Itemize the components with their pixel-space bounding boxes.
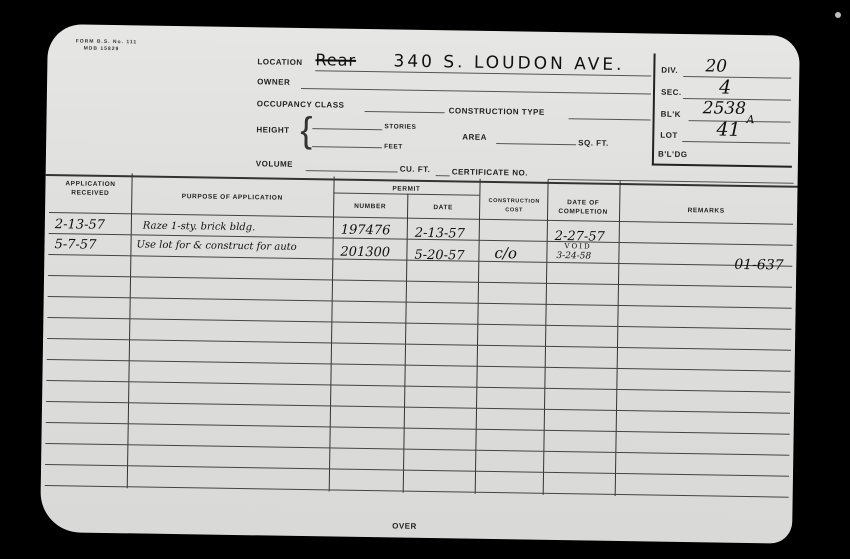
cell-construction-cost: c/o bbox=[494, 244, 517, 262]
occupancy-class-line[interactable] bbox=[365, 111, 445, 113]
location-label: LOCATION bbox=[257, 57, 302, 67]
col-divider-2 bbox=[329, 177, 335, 492]
row-rule bbox=[45, 485, 789, 498]
cell-purpose: Raze 1-sty. brick bldg. bbox=[143, 221, 256, 234]
feet-line[interactable] bbox=[312, 146, 382, 148]
bldg-label: B'L'DG bbox=[658, 150, 688, 159]
area-label: AREA bbox=[462, 133, 487, 142]
cell-completion-void-note: VOID bbox=[565, 242, 592, 250]
height-label: HEIGHT bbox=[256, 125, 289, 135]
table-row: 2-13-57 Raze 1-sty. brick bldg. 197476 2… bbox=[48, 24, 800, 36]
over-label: OVER bbox=[392, 521, 417, 530]
lot-label: LOT bbox=[660, 131, 678, 140]
header-purpose: PURPOSE OF APPLICATION bbox=[131, 191, 333, 203]
stories-line[interactable] bbox=[312, 128, 382, 130]
lot-superscript: A bbox=[746, 113, 754, 126]
table-row: 5-7-57 Use lot for & construct for auto … bbox=[48, 24, 800, 36]
header-remarks: REMARKS bbox=[619, 205, 793, 217]
row-rule bbox=[46, 380, 790, 393]
header-application-received: APPLICATION RECEIVED bbox=[49, 179, 131, 198]
volume-label: VOLUME bbox=[256, 159, 293, 169]
header-construction-cost: CONSTRUCTION COST bbox=[481, 197, 547, 216]
row-rule bbox=[46, 422, 790, 435]
row-rule bbox=[45, 443, 789, 456]
row-rule bbox=[47, 317, 791, 330]
sec-label: SEC. bbox=[661, 88, 682, 97]
row-rule bbox=[47, 359, 791, 372]
cell-permit-number: 201300 bbox=[340, 245, 390, 261]
header-permit-date: DATE bbox=[407, 203, 479, 213]
area-unit-label: SQ. FT. bbox=[578, 138, 609, 147]
col-divider-5 bbox=[543, 180, 549, 495]
row-rule bbox=[45, 464, 789, 477]
cell-permit-number: 197476 bbox=[341, 223, 391, 239]
cell-remarks: 01-637 bbox=[734, 257, 784, 274]
location-struck-value: Rear bbox=[315, 50, 356, 70]
cell-application-received: 2-13-57 bbox=[55, 217, 105, 233]
sec-value: 4 bbox=[719, 77, 731, 99]
location-value: 340 S. LOUDON AVE. bbox=[393, 51, 624, 75]
col-divider-1 bbox=[127, 173, 133, 488]
header-date-of-completion: DATE OF COMPLETION bbox=[547, 198, 619, 217]
height-brace: { bbox=[300, 112, 313, 148]
construction-type-label: CONSTRUCTION TYPE bbox=[449, 106, 545, 117]
div-value: 20 bbox=[705, 56, 727, 76]
construction-type-line[interactable] bbox=[569, 118, 651, 120]
volume-line[interactable] bbox=[306, 170, 398, 172]
permit-record-card: FORM B.S. No. 111 MDB 15829 LOCATION Rea… bbox=[40, 24, 800, 544]
blk-label: BL'K bbox=[661, 110, 681, 119]
volume-unit-label: CU. FT. bbox=[400, 165, 431, 174]
stories-label: STORIES bbox=[384, 123, 416, 131]
form-number: FORM B.S. No. 111 MDB 15829 bbox=[76, 38, 138, 53]
owner-label: OWNER bbox=[257, 77, 290, 87]
cert-spacer-line bbox=[436, 175, 450, 176]
cell-purpose: Use lot for & construct for auto bbox=[136, 239, 296, 253]
col-divider-6 bbox=[615, 181, 621, 496]
cell-application-received: 5-7-57 bbox=[54, 237, 96, 253]
header-permit-number: NUMBER bbox=[333, 202, 407, 212]
div-label: DIV. bbox=[661, 66, 678, 75]
area-line[interactable] bbox=[496, 143, 576, 145]
certificate-no-label: CERTIFICATE NO. bbox=[452, 167, 528, 177]
cell-permit-date: 2-13-57 bbox=[415, 226, 465, 242]
row-rule bbox=[48, 296, 792, 309]
lot-value: 41 bbox=[716, 119, 741, 141]
row-rule bbox=[46, 401, 790, 414]
scan-artifact-dot bbox=[835, 12, 841, 18]
form-code-text: MDB 15829 bbox=[76, 45, 138, 53]
cell-permit-date: 5-20-57 bbox=[414, 248, 464, 264]
feet-label: FEET bbox=[384, 143, 403, 150]
blk-value: 2538 bbox=[703, 98, 747, 119]
row-rule bbox=[48, 275, 792, 288]
cell-date-of-completion: 3-24-58 bbox=[556, 251, 591, 262]
row-rule bbox=[47, 338, 791, 351]
col-divider-4 bbox=[475, 179, 481, 494]
owner-line[interactable] bbox=[301, 88, 651, 94]
